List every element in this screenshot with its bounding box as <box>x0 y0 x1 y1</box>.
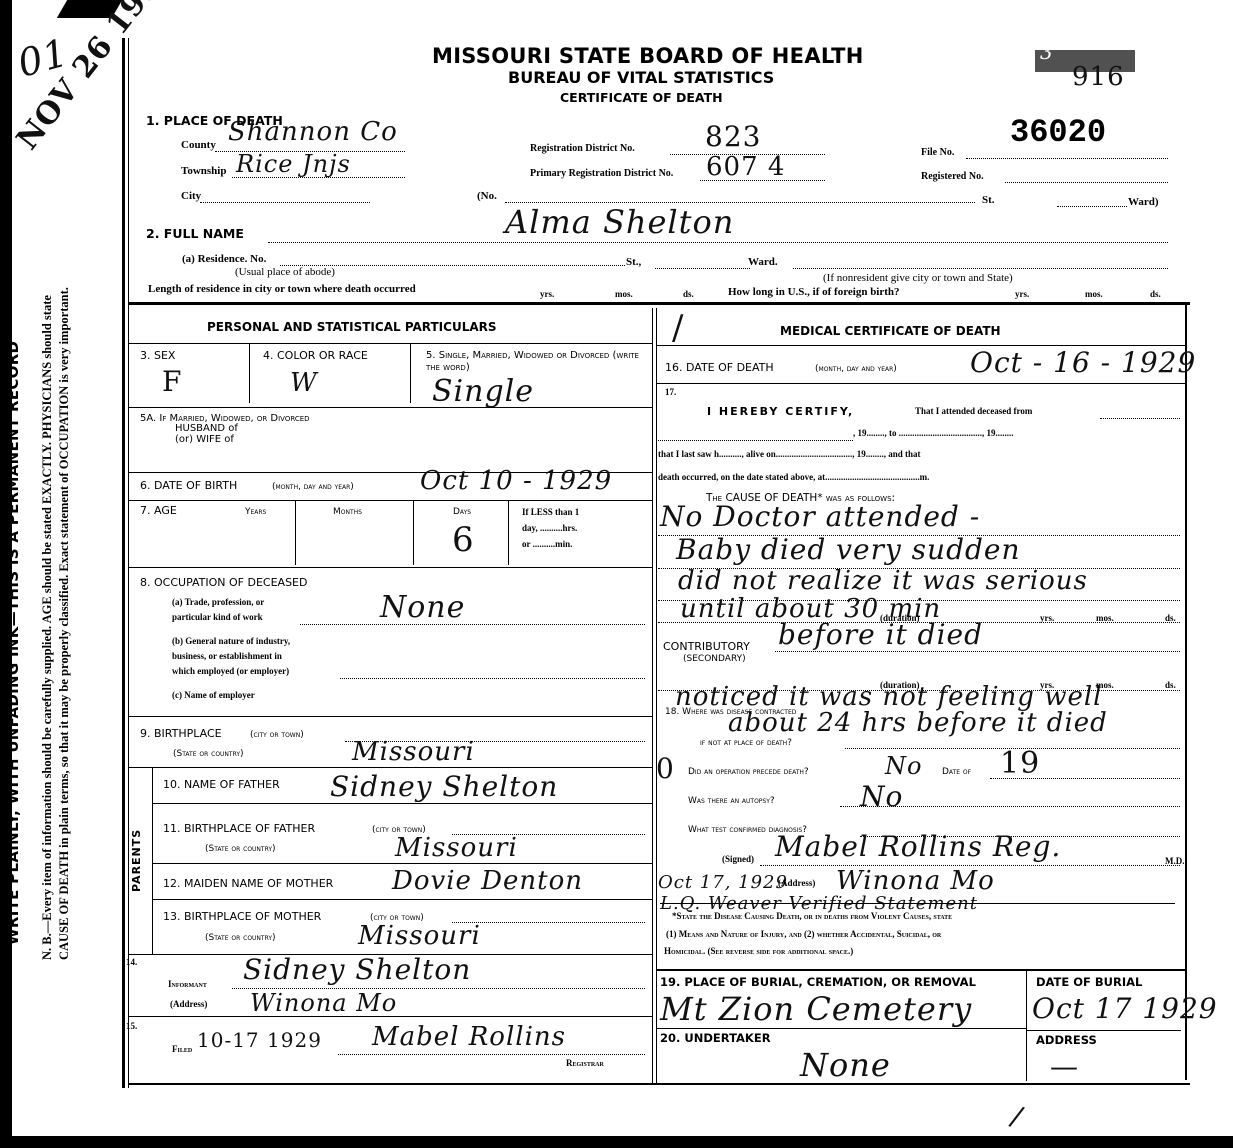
operation-value: No <box>885 752 922 780</box>
residence-st-label: St., <box>626 256 641 268</box>
signature-date: Oct 17, 1929 <box>658 872 788 893</box>
scan-edge-bottom <box>0 1136 1233 1148</box>
length-mos: mos. <box>615 289 633 299</box>
occupation-a-label-2: particular kind of work <box>172 612 263 622</box>
bureau-subtitle: BUREAU OF VITAL STATISTICS <box>508 68 774 87</box>
occupation-a-label-1: (a) Trade, profession, or <box>172 597 264 607</box>
years-label: Years <box>245 507 266 517</box>
divider <box>152 863 652 864</box>
duration-ds-2: ds. <box>1165 680 1176 690</box>
occupation-label: 8. OCCUPATION OF DECEASED <box>140 576 307 589</box>
parents-divider <box>152 767 153 954</box>
form-left-border-inner <box>128 38 129 1088</box>
father-birthplace-value: Missouri <box>395 833 518 863</box>
undertaker-label: 20. UNDERTAKER <box>660 1031 771 1045</box>
occupation-b-label-2: business, or establishment in <box>172 651 282 661</box>
residence-sublabel: (Usual place of abode) <box>235 266 335 278</box>
noticed-line-2: about 24 hrs before it died <box>728 708 1108 738</box>
item-17-label: 17. <box>665 387 676 397</box>
mother-name-label: 12. MAIDEN NAME OF MOTHER <box>163 877 333 890</box>
column-divider-right <box>656 308 657 1083</box>
father-name-value: Sidney Shelton <box>330 770 558 803</box>
certify-line-3: that I last saw h.........., alive on...… <box>658 449 921 459</box>
father-birthplace-state-label: (State or country) <box>205 844 276 854</box>
divider <box>249 343 250 403</box>
days-label: Days <box>453 507 471 517</box>
length-ds: ds. <box>683 289 694 299</box>
occupation-a-value: None <box>380 590 465 625</box>
birthplace-value: Missouri <box>352 737 475 767</box>
spouse-label-3: (or) WIFE of <box>175 434 234 445</box>
file-no-label: File No. <box>921 147 954 158</box>
birthplace-label: 9. BIRTHPLACE <box>140 727 222 740</box>
form-bottom-border <box>128 1083 1190 1085</box>
divider <box>295 500 296 565</box>
township-value: Rice Jnjs <box>236 150 351 178</box>
undertaker-address-label: ADDRESS <box>1036 1033 1097 1047</box>
duration-mos-1: mos. <box>1096 613 1114 623</box>
sex-label: 3. SEX <box>140 349 175 362</box>
city-ward-label: Ward) <box>1128 196 1159 208</box>
signed-suffix: M.D. <box>1165 856 1185 866</box>
date-of-death-sublabel: (month, day and year) <box>815 364 897 374</box>
registered-no-line <box>1005 182 1168 183</box>
divider <box>410 343 411 403</box>
divider <box>656 1028 1026 1029</box>
contributory-label: CONTRIBUTORY <box>663 640 750 653</box>
residence-ward-line <box>655 268 750 269</box>
divider <box>1026 1030 1181 1031</box>
column-divider-left <box>652 308 653 1083</box>
registration-district-label: Registration District No. <box>530 143 635 154</box>
burial-place-label: 19. PLACE OF BURIAL, CREMATION, OR REMOV… <box>660 975 976 989</box>
spouse-label-2: HUSBAND of <box>175 423 238 434</box>
race-value: W <box>290 368 318 398</box>
certify-lead: I HEREBY CERTIFY, <box>707 405 854 418</box>
informant-address-label: (Address) <box>170 999 207 1009</box>
filed-date-value: 10-17 1929 <box>197 1028 322 1052</box>
contributory-line <box>775 651 1180 652</box>
marital-status-value: Single <box>432 374 534 409</box>
filed-number: 15. <box>126 1021 137 1031</box>
parents-label: PARENTS <box>130 829 143 892</box>
nonresident-note: (If nonresident give city or town and St… <box>823 272 1013 284</box>
footnote-line-3: Homicidal. (See reverse side for additio… <box>664 946 853 956</box>
informant-address-value: Winona Mo <box>250 989 397 1017</box>
foreign-mos: mos. <box>1085 289 1103 299</box>
date-of-death-value: Oct - 16 - 1929 <box>970 346 1196 379</box>
mother-name-value: Dovie Denton <box>392 866 583 896</box>
divider <box>128 767 652 768</box>
certify-line-2-lead <box>658 440 853 441</box>
mother-birthplace-state-label: (State or country) <box>205 933 276 943</box>
dob-sublabel: (month, day and year) <box>272 482 354 492</box>
certify-from-line <box>1100 418 1180 419</box>
foreign-birth-label: How long in U.S., if of foreign birth? <box>728 286 900 298</box>
registrar-signature: Mabel Rollins <box>372 1022 566 1052</box>
foreign-ds: ds. <box>1150 289 1161 299</box>
divider <box>152 899 652 900</box>
divider <box>128 1016 652 1017</box>
residence-ward-label: Ward. <box>748 256 778 268</box>
permanent-record-warning: WRITE PLAINLY, WITH UNFADING INK—THIS IS… <box>4 341 22 945</box>
burial-place-value: Mt Zion Cemetery <box>660 990 972 1028</box>
informant-value: Sidney Shelton <box>243 953 471 986</box>
certify-line-4: death occurred, on the date stated above… <box>658 472 929 482</box>
county-value: Shannon Co <box>228 117 398 147</box>
divider <box>152 803 652 804</box>
county-label: County <box>181 139 216 151</box>
duration-yrs-1: yrs. <box>1040 613 1054 623</box>
operation-date-value: 19 <box>1000 746 1040 781</box>
birthplace-sublabel: (city or town) <box>250 730 304 740</box>
divider <box>128 500 652 501</box>
contributory-value: before it died <box>778 618 983 651</box>
city-no-label: (No. <box>477 190 497 202</box>
informant-number: 14. <box>126 957 137 967</box>
certify-line-2: , 19........, to .......................… <box>853 428 1014 438</box>
instruction-note-line-1: N. B.—Every item of information should b… <box>40 295 55 960</box>
father-name-label: 10. NAME OF FATHER <box>163 778 280 791</box>
sex-value: F <box>162 365 182 398</box>
divider <box>656 969 1185 971</box>
file-no-value: 36020 <box>1010 114 1106 151</box>
corner-number: 916 <box>1072 62 1125 92</box>
struck-number: 3 <box>1040 40 1054 64</box>
undertaker-address-value: — <box>1050 1050 1079 1083</box>
primary-registration-district-value: 607 4 <box>706 152 785 182</box>
cause-of-death-line-2: Baby died very sudden <box>676 533 1021 566</box>
race-label: 4. COLOR OR RACE <box>263 349 368 362</box>
certify-text: That I attended deceased from <box>915 406 1032 416</box>
certificate-type: CERTIFICATE OF DEATH <box>560 90 723 105</box>
medical-section-heading: MEDICAL CERTIFICATE OF DEATH <box>780 324 1001 338</box>
physician-signature: Mabel Rollins Reg. <box>775 830 1061 863</box>
divider <box>128 407 652 408</box>
length-yrs: yrs. <box>540 289 554 299</box>
personal-section-heading: PERSONAL AND STATISTICAL PARTICULARS <box>207 320 497 334</box>
father-birthplace-label: 11. BIRTHPLACE OF FATHER <box>163 822 315 835</box>
birthplace-state-label: (State or country) <box>173 749 244 759</box>
occupation-b-label-1: (b) General nature of industry, <box>172 636 290 646</box>
divider <box>413 500 414 565</box>
occupation-c-label: (c) Name of employer <box>172 690 255 700</box>
less-than-day-label-2: day, ..........hrs. <box>522 523 577 533</box>
burial-date-label: DATE OF BURIAL <box>1036 975 1142 989</box>
signature-address-value: Winona Mo <box>836 866 995 896</box>
cause-of-death-line-3: did not realize it was serious <box>678 566 1088 596</box>
divider <box>1026 969 1027 1081</box>
age-label: 7. AGE <box>140 504 177 517</box>
operation-label: Did an operation precede death? <box>688 767 809 777</box>
full-name-line <box>268 242 1168 243</box>
signed-label: (Signed) <box>722 854 754 864</box>
foreign-yrs: yrs. <box>1015 289 1029 299</box>
registered-no-label: Registered No. <box>921 171 984 182</box>
length-of-residence-label: Length of residence in city or town wher… <box>148 283 416 295</box>
contributory-sublabel: (SECONDARY) <box>683 654 746 664</box>
city-label: City <box>181 190 201 202</box>
mother-birthplace-value: Missouri <box>358 921 481 951</box>
filed-label: Filed <box>172 1044 192 1054</box>
registrar-label: Registrar <box>566 1058 604 1068</box>
occupation-a-line <box>300 624 645 625</box>
registration-district-value: 823 <box>705 120 761 153</box>
less-than-day-label-1: If LESS than 1 <box>522 507 579 517</box>
months-label: Months <box>333 507 362 517</box>
undertaker-value: None <box>800 1046 891 1084</box>
mother-birthplace-label: 13. BIRTHPLACE OF MOTHER <box>163 910 321 923</box>
divider <box>128 343 652 344</box>
instruction-note-line-2: CAUSE OF DEATH in plain terms, so that i… <box>57 287 72 960</box>
autopsy-value: No <box>860 780 903 813</box>
occupation-b-label-3: which employed (or employer) <box>172 666 289 676</box>
duration-ds-1: ds. <box>1165 613 1176 623</box>
divider <box>656 383 1185 384</box>
divider <box>508 500 509 565</box>
nonresident-line <box>793 268 1168 269</box>
full-name-value: Alma Shelton <box>505 203 734 241</box>
primary-registration-district-label: Primary Registration District No. <box>530 168 673 179</box>
dob-value: Oct 10 - 1929 <box>420 466 612 496</box>
check-mark: / <box>672 308 684 348</box>
burial-date-value: Oct 17 1929 <box>1032 992 1218 1025</box>
cause-of-death-line-1: No Doctor attended - <box>660 500 980 533</box>
full-name-label: 2. FULL NAME <box>146 226 244 241</box>
page-title: MISSOURI STATE BOARD OF HEALTH <box>432 44 864 68</box>
less-than-day-label-3: or ..........min. <box>522 539 572 549</box>
days-value: 6 <box>452 520 475 560</box>
footnote-line-2: (1) Means and Nature of Injury, and (2) … <box>666 929 941 939</box>
marital-status-label: 5. Single, Married, Widowed or Divorced … <box>426 350 641 374</box>
city-st-label: St. <box>982 194 995 206</box>
city-line <box>200 202 370 203</box>
footnote-line-1: *State the Disease Causing Death, or in … <box>672 911 952 921</box>
if-not-place-label: if not at place of death? <box>700 738 792 748</box>
divider <box>128 567 652 568</box>
registrar-line <box>338 1054 645 1055</box>
divider <box>660 903 1175 904</box>
bottom-check-mark: / <box>1007 1099 1028 1134</box>
autopsy-label: Was there an autopsy? <box>688 796 775 806</box>
divider <box>128 716 652 717</box>
file-no-line <box>966 158 1168 159</box>
residence-label: (a) Residence. No. <box>182 253 266 265</box>
date-of-death-label: 16. DATE OF DEATH <box>665 361 774 374</box>
occupation-b-line <box>340 678 645 679</box>
dob-label: 6. DATE OF BIRTH <box>140 479 237 492</box>
informant-label: Informant <box>168 979 207 989</box>
header-divider <box>128 302 1190 305</box>
township-label: Township <box>181 165 226 177</box>
operation-date-label: Date of <box>942 767 971 777</box>
margin-mark: 0 <box>656 752 675 785</box>
form-right-border <box>1185 305 1187 1080</box>
form-left-border <box>122 38 125 1088</box>
city-ward-line <box>1057 206 1127 207</box>
signature-address-label: (Address) <box>778 878 815 888</box>
